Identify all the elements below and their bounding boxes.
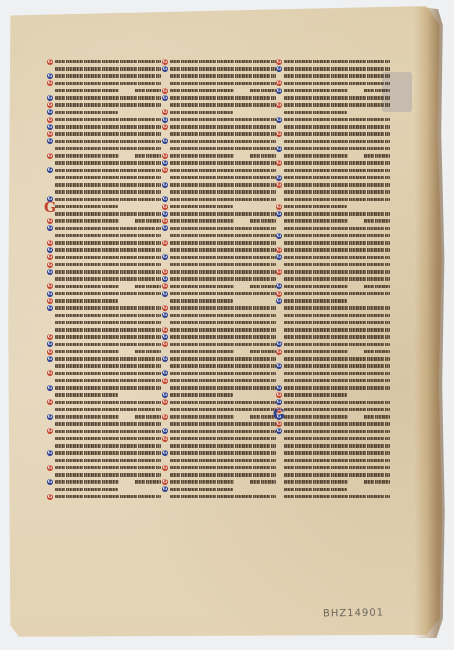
text-line: G: [276, 174, 390, 181]
blue-initial-icon: G: [276, 399, 282, 405]
text-line: G: [162, 283, 276, 290]
blue-initial-icon: G: [162, 225, 168, 231]
text-line: [162, 145, 276, 152]
indent-space: [276, 189, 282, 195]
indent-space: [276, 450, 282, 456]
text-line: [276, 334, 390, 341]
red-initial-icon: G: [162, 378, 168, 384]
script-text: [170, 364, 276, 368]
script-text: [284, 321, 390, 325]
red-initial-icon: G: [162, 414, 168, 420]
text-line: [162, 348, 276, 355]
script-text: [55, 415, 161, 419]
text-line: G: [276, 247, 390, 254]
script-text: [284, 256, 390, 260]
indent-space: [47, 189, 53, 195]
blue-initial-icon: G: [276, 146, 282, 152]
script-text: [170, 67, 276, 71]
text-line: G: [276, 116, 390, 123]
text-line: G: [162, 58, 276, 65]
text-line: [276, 218, 390, 225]
script-text: [170, 132, 276, 136]
text-line: G: [276, 131, 390, 138]
text-line: G: [47, 479, 161, 486]
text-line: G: [276, 145, 390, 152]
indent-space: [276, 95, 282, 101]
blue-initial-icon: G: [47, 291, 53, 297]
indent-space: [276, 479, 282, 485]
blue-initial-icon: G: [276, 66, 282, 72]
script-text: [55, 401, 161, 405]
indent-space: [162, 73, 168, 79]
red-initial-icon: G: [276, 204, 282, 210]
blue-initial-icon: G: [162, 428, 168, 434]
script-text: [55, 386, 161, 390]
text-line: G: [47, 239, 161, 246]
red-initial-icon: G: [47, 254, 53, 260]
text-line: G: [162, 435, 276, 442]
text-line: [276, 123, 390, 130]
red-initial-icon: G: [162, 283, 168, 289]
script-text: [55, 343, 161, 347]
red-initial-icon: G: [47, 494, 53, 500]
script-text: [55, 147, 161, 151]
script-text: [170, 328, 276, 332]
blue-initial-icon: G: [162, 254, 168, 260]
script-text: [170, 495, 276, 499]
script-text: [170, 277, 276, 281]
text-line: [162, 102, 276, 109]
indent-space: [162, 102, 168, 108]
script-text: [284, 306, 390, 310]
text-line: G: [276, 406, 390, 413]
text-line: [162, 471, 276, 478]
script-text: [170, 111, 233, 115]
text-line: G: [47, 355, 161, 362]
blue-initial-icon: G: [47, 109, 53, 115]
text-line: G: [162, 225, 276, 232]
text-line: G: [162, 355, 276, 362]
text-line: G: [162, 413, 276, 420]
text-line: [47, 174, 161, 181]
indent-space: [162, 421, 168, 427]
text-line: G: [162, 312, 276, 319]
script-text: [55, 408, 161, 412]
script-text: [55, 103, 161, 107]
red-initial-icon: G: [276, 247, 282, 253]
script-text: [55, 379, 161, 383]
indent-space: [276, 225, 282, 231]
script-text: [170, 386, 276, 390]
script-text: [55, 205, 118, 209]
script-text: [284, 227, 390, 231]
text-line: G: [276, 232, 390, 239]
red-initial-icon: G: [162, 341, 168, 347]
large-initial-red: G: [43, 199, 57, 217]
script-text: [284, 350, 390, 354]
text-line: [276, 464, 390, 471]
blue-initial-icon: G: [47, 479, 53, 485]
script-text: [170, 74, 276, 78]
script-text: [284, 335, 390, 339]
text-line: [47, 421, 161, 428]
text-line: G: [162, 479, 276, 486]
script-text: [55, 140, 161, 144]
indent-space: [276, 73, 282, 79]
text-line: [47, 312, 161, 319]
script-text: [284, 205, 347, 209]
script-text: [284, 364, 390, 368]
script-text: [284, 488, 347, 492]
text-line: G: [47, 399, 161, 406]
indent-space: [276, 305, 282, 311]
text-line: [47, 210, 161, 217]
text-line: G: [276, 65, 390, 72]
script-text: [55, 364, 161, 368]
blue-initial-icon: G: [162, 370, 168, 376]
text-line: [162, 189, 276, 196]
text-line: [47, 457, 161, 464]
blue-initial-icon: G: [162, 312, 168, 318]
text-line: [276, 305, 390, 312]
script-text: [170, 248, 276, 252]
script-text: [55, 422, 161, 426]
indent-space: [47, 146, 53, 152]
indent-space: [276, 465, 282, 471]
text-line: [276, 73, 390, 80]
text-line: [162, 442, 276, 449]
text-line: G: [276, 87, 390, 94]
text-column-1: GGGGGGGGGGGGGGGGGGGGGGGGGGGGGGGGGGGGG: [47, 58, 161, 500]
script-text: [284, 285, 390, 289]
text-line: G: [162, 116, 276, 123]
script-text: [55, 473, 161, 477]
red-initial-icon: G: [276, 182, 282, 188]
indent-space: [47, 436, 53, 442]
text-line: [47, 442, 161, 449]
script-text: [170, 292, 276, 296]
text-line: G: [47, 493, 161, 500]
text-line: [276, 319, 390, 326]
text-line: [162, 73, 276, 80]
blue-initial-icon: G: [276, 211, 282, 217]
script-text: [284, 408, 390, 412]
script-text: [55, 89, 161, 93]
red-initial-icon: G: [47, 59, 53, 65]
script-text: [170, 234, 276, 238]
script-text: [284, 357, 390, 361]
script-text: [284, 161, 390, 165]
text-line: [47, 232, 161, 239]
text-line: G: [162, 196, 276, 203]
text-line: [162, 232, 276, 239]
blue-initial-icon: G: [47, 225, 53, 231]
red-initial-icon: G: [47, 102, 53, 108]
script-text: [55, 306, 161, 310]
text-line: G: [276, 290, 390, 297]
script-text: [170, 118, 276, 122]
red-initial-icon: G: [47, 370, 53, 376]
indent-space: [162, 131, 168, 137]
indent-space: [276, 196, 282, 202]
blue-initial-icon: G: [162, 196, 168, 202]
script-text: [55, 241, 161, 245]
script-text: [55, 96, 161, 100]
text-line: G: [276, 392, 390, 399]
blue-initial-icon: G: [276, 385, 282, 391]
text-line: G: [276, 283, 390, 290]
script-text: [170, 343, 276, 347]
red-initial-icon: G: [47, 465, 53, 471]
script-text: [284, 89, 390, 93]
text-line: G: [276, 348, 390, 355]
script-text: [170, 466, 276, 470]
text-line: G: [276, 181, 390, 188]
text-line: [276, 167, 390, 174]
red-initial-icon: G: [276, 291, 282, 297]
blue-initial-icon: G: [162, 138, 168, 144]
indent-space: [276, 457, 282, 463]
text-line: [162, 319, 276, 326]
indent-space: [276, 312, 282, 318]
red-initial-icon: G: [162, 269, 168, 275]
indent-space: [162, 146, 168, 152]
text-line: G: [162, 377, 276, 384]
script-text: [284, 379, 390, 383]
blue-initial-icon: G: [162, 160, 168, 166]
indent-space: [162, 298, 168, 304]
script-text: [170, 227, 276, 231]
text-line: G: [47, 334, 161, 341]
red-initial-icon: G: [47, 117, 53, 123]
script-text: [170, 176, 276, 180]
red-initial-icon: G: [276, 392, 282, 398]
script-text: [284, 60, 390, 64]
text-line: [47, 392, 161, 399]
script-text: [284, 270, 390, 274]
text-line: G: [276, 413, 390, 420]
script-text: [284, 314, 390, 318]
script-text: [284, 277, 390, 281]
blue-initial-icon: G: [162, 211, 168, 217]
indent-space: [276, 436, 282, 442]
text-line: [47, 181, 161, 188]
script-text: [284, 248, 390, 252]
text-line: G: [276, 421, 390, 428]
text-line: G: [47, 58, 161, 65]
text-line: [276, 109, 390, 116]
indent-space: [47, 378, 53, 384]
text-line: [276, 312, 390, 319]
text-line: G: [276, 203, 390, 210]
text-line: [276, 479, 390, 486]
text-line: G: [47, 152, 161, 159]
text-line: [276, 189, 390, 196]
red-initial-icon: G: [276, 131, 282, 137]
red-initial-icon: G: [162, 109, 168, 115]
script-text: [284, 212, 390, 216]
indent-space: [276, 138, 282, 144]
blue-initial-icon: G: [162, 276, 168, 282]
text-line: G: [162, 392, 276, 399]
script-text: [55, 212, 161, 216]
script-text: [55, 132, 161, 136]
script-text: [170, 169, 276, 173]
text-line: [276, 457, 390, 464]
text-line: G: [276, 254, 390, 261]
text-line: G: [276, 297, 390, 304]
script-text: [170, 314, 276, 318]
indent-space: [276, 218, 282, 224]
red-initial-icon: G: [162, 204, 168, 210]
script-text: [55, 118, 161, 122]
indent-space: [276, 276, 282, 282]
text-line: [47, 363, 161, 370]
text-line: [162, 261, 276, 268]
text-line: [276, 225, 390, 232]
text-line: G: [276, 399, 390, 406]
script-text: [55, 357, 161, 361]
text-line: [47, 326, 161, 333]
text-line: [276, 435, 390, 442]
indent-space: [276, 153, 282, 159]
red-initial-icon: G: [47, 218, 53, 224]
indent-space: [47, 407, 53, 413]
text-line: [162, 493, 276, 500]
script-text: [284, 393, 347, 397]
indent-space: [47, 392, 53, 398]
script-text: [55, 169, 161, 173]
indent-space: [162, 494, 168, 500]
script-text: [55, 480, 161, 484]
script-text: [55, 154, 161, 158]
indent-space: [276, 494, 282, 500]
text-line: G: [162, 218, 276, 225]
script-text: [284, 415, 390, 419]
script-text: [55, 437, 161, 441]
text-column-2: GGGGGGGGGGGGGGGGGGGGGGGGGGGGGGGGGGGGGGGG: [162, 58, 276, 500]
script-text: [55, 227, 161, 231]
script-text: [170, 198, 276, 202]
script-text: [170, 270, 276, 274]
red-initial-icon: G: [162, 399, 168, 405]
blue-initial-icon: G: [47, 385, 53, 391]
text-line: G: [162, 399, 276, 406]
blue-initial-icon: G: [276, 363, 282, 369]
text-line: [276, 239, 390, 246]
text-line: [276, 261, 390, 268]
red-initial-icon: G: [162, 305, 168, 311]
indent-space: [276, 320, 282, 326]
text-line: [47, 471, 161, 478]
indent-space: [276, 167, 282, 173]
text-line: G: [162, 428, 276, 435]
text-line: G: [47, 341, 161, 348]
text-line: G: [47, 138, 161, 145]
indent-space: [47, 327, 53, 333]
blue-initial-icon: G: [162, 182, 168, 188]
indent-space: [276, 334, 282, 340]
script-text: [284, 234, 390, 238]
script-text: [170, 379, 276, 383]
red-initial-icon: G: [276, 102, 282, 108]
text-line: [276, 450, 390, 457]
script-text: [55, 321, 161, 325]
text-line: G: [47, 464, 161, 471]
script-text: [55, 60, 161, 64]
blue-initial-icon: G: [47, 167, 53, 173]
script-text: [55, 350, 161, 354]
script-text: [284, 74, 390, 78]
script-text: [170, 415, 276, 419]
script-text: [284, 263, 390, 267]
text-line: G: [162, 290, 276, 297]
text-line: G: [47, 305, 161, 312]
text-line: G: [276, 268, 390, 275]
blue-initial-icon: G: [47, 305, 53, 311]
red-initial-icon: G: [162, 153, 168, 159]
script-text: [55, 314, 161, 318]
indent-space: [47, 472, 53, 478]
text-line: G: [47, 370, 161, 377]
blue-initial-icon: G: [47, 95, 53, 101]
indent-space: [162, 320, 168, 326]
text-line: G: [162, 210, 276, 217]
blue-initial-icon: G: [47, 450, 53, 456]
text-line: G: [162, 181, 276, 188]
indent-space: [162, 233, 168, 239]
text-line: G: [47, 268, 161, 275]
blue-initial-icon: G: [47, 247, 53, 253]
text-line: [162, 80, 276, 87]
text-line: [47, 65, 161, 72]
damaged-right-edge: [414, 6, 446, 638]
script-text: [170, 321, 276, 325]
text-line: G: [162, 305, 276, 312]
blue-initial-icon: G: [276, 233, 282, 239]
text-line: G: [47, 261, 161, 268]
script-text: [55, 198, 161, 202]
text-line: G: [162, 486, 276, 493]
script-text: [55, 161, 161, 165]
script-text: [284, 422, 390, 426]
text-line: G: [162, 138, 276, 145]
script-text: [55, 111, 118, 115]
text-line: G: [162, 450, 276, 457]
indent-space: [276, 262, 282, 268]
text-line: [276, 326, 390, 333]
script-text: [55, 270, 161, 274]
script-text: [170, 190, 276, 194]
script-text: [170, 480, 276, 484]
text-line: [276, 196, 390, 203]
text-line: [276, 442, 390, 449]
red-initial-icon: G: [47, 283, 53, 289]
text-line: G: [276, 160, 390, 167]
red-initial-icon: G: [276, 349, 282, 355]
script-text: [284, 480, 390, 484]
text-line: G: [47, 80, 161, 87]
script-text: [284, 437, 390, 441]
script-text: [170, 256, 276, 260]
red-initial-icon: G: [162, 465, 168, 471]
script-text: [284, 473, 390, 477]
script-text: [170, 488, 233, 492]
text-line: [162, 384, 276, 391]
blue-initial-icon: G: [276, 175, 282, 181]
text-line: G: [47, 254, 161, 261]
text-line: G: [162, 334, 276, 341]
